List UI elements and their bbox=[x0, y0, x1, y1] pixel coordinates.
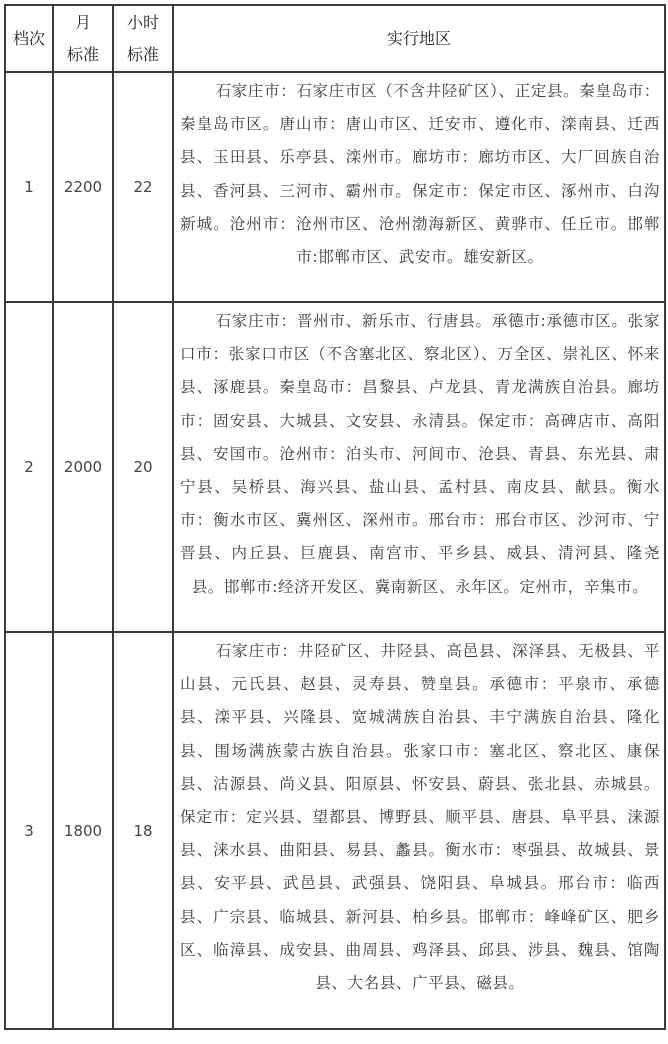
header-row: 档次 月 标准 小时 标准 实行地区 bbox=[5, 5, 665, 72]
cell-monthly: 1800 bbox=[53, 632, 113, 1029]
cell-monthly: 2000 bbox=[53, 302, 113, 632]
header-hourly-line2: 标准 bbox=[114, 39, 172, 71]
table-row: 1 2200 22 石家庄市：石家庄市区（不含井陉矿区）、正定县。秦皇岛市：秦皇… bbox=[5, 72, 665, 302]
cell-regions: 石家庄市：石家庄市区（不含井陉矿区）、正定县。秦皇岛市：秦皇岛市区。唐山市：唐山… bbox=[173, 72, 665, 302]
cell-level: 2 bbox=[5, 302, 53, 632]
cell-hourly: 22 bbox=[113, 72, 173, 302]
cell-level: 3 bbox=[5, 632, 53, 1029]
cell-regions: 石家庄市：井陉矿区、井陉县、高邑县、深泽县、无极县、平山县、元氏县、赵县、灵寿县… bbox=[173, 632, 665, 1029]
header-regions: 实行地区 bbox=[173, 5, 665, 72]
header-monthly-line1: 月 bbox=[54, 7, 112, 39]
header-hourly-standard: 小时 标准 bbox=[113, 5, 173, 72]
cell-regions: 石家庄市：晋州市、新乐市、行唐县。承德市:承德市区。张家口市：张家口市区（不含塞… bbox=[173, 302, 665, 632]
cell-hourly: 20 bbox=[113, 302, 173, 632]
minimum-wage-table: 档次 月 标准 小时 标准 实行地区 1 2200 22 石家庄市：石家庄市区（… bbox=[4, 4, 666, 1030]
table-row: 3 1800 18 石家庄市：井陉矿区、井陉县、高邑县、深泽县、无极县、平山县、… bbox=[5, 632, 665, 1029]
table-row: 2 2000 20 石家庄市：晋州市、新乐市、行唐县。承德市:承德市区。张家口市… bbox=[5, 302, 665, 632]
cell-hourly: 18 bbox=[113, 632, 173, 1029]
header-monthly-standard: 月 标准 bbox=[53, 5, 113, 72]
cell-level: 1 bbox=[5, 72, 53, 302]
cell-monthly: 2200 bbox=[53, 72, 113, 302]
header-monthly-line2: 标准 bbox=[54, 39, 112, 71]
header-hourly-line1: 小时 bbox=[114, 7, 172, 39]
header-level: 档次 bbox=[5, 5, 53, 72]
